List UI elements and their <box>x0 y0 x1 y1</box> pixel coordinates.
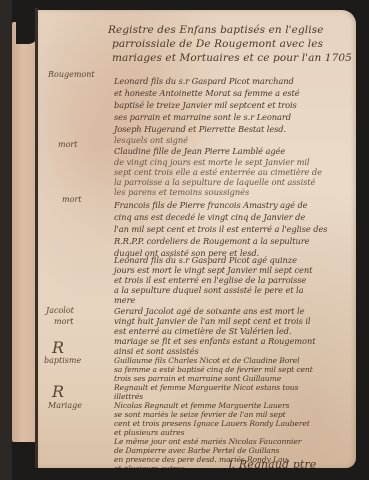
scanner-frame-left <box>0 0 12 480</box>
lower-entries-layer <box>38 10 356 468</box>
